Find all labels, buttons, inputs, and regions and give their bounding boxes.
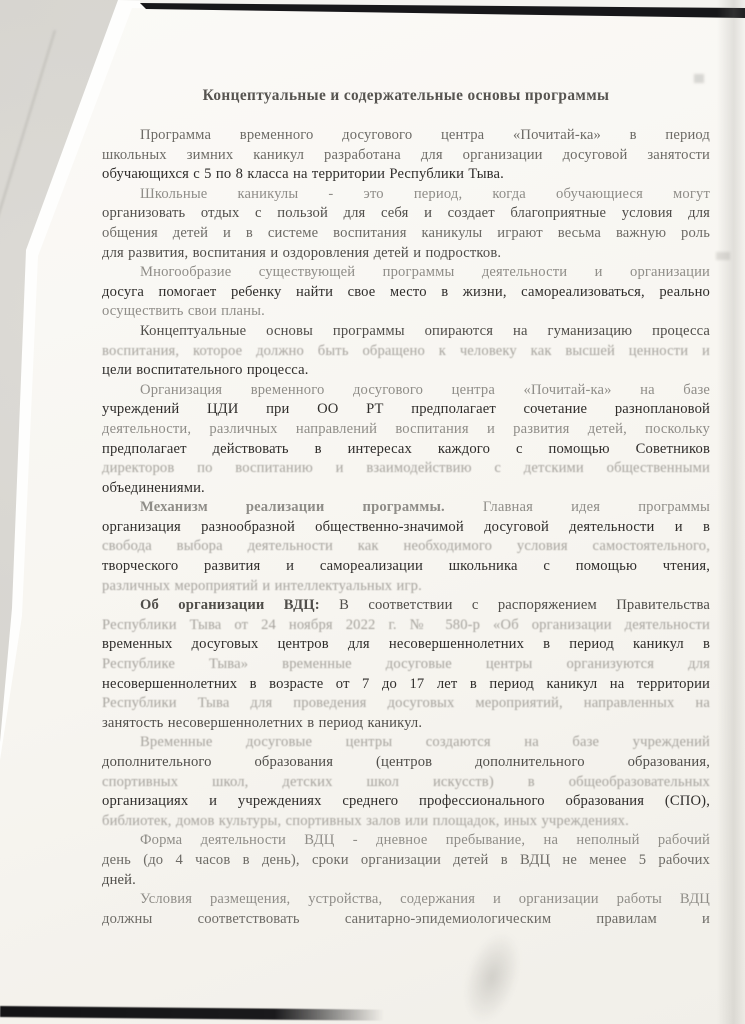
paragraph: Концептуальные основы программы опираютс… xyxy=(102,322,710,381)
text-line: дней. xyxy=(102,871,710,891)
text-line: организация разнообразной общественно-зн… xyxy=(102,518,710,538)
paragraph: Временные досуговые центры создаются на … xyxy=(102,733,710,831)
bold-run: Механизм реализации программы. xyxy=(140,499,445,515)
text-line: школьных зимних каникул разработана для … xyxy=(102,146,710,166)
text-line: занятость несовершеннолетних в период ка… xyxy=(102,714,710,734)
text-line: цели воспитательного процесса. xyxy=(102,361,710,381)
page-content: Концептуальные и содержательные основы п… xyxy=(102,86,710,929)
text-line: несовершеннолетних в возрасте от 7 до 17… xyxy=(102,675,710,695)
paragraph: Механизм реализации программы. Главная и… xyxy=(102,498,710,596)
paragraph: Многообразие существующей программы деят… xyxy=(102,263,710,322)
text-line: Многообразие существующей программы деят… xyxy=(102,263,710,283)
text-line: Механизм реализации программы. Главная и… xyxy=(102,498,710,518)
text-line: обучающихся с 5 по 8 класса на территори… xyxy=(102,165,710,185)
text-line: свобода выбора деятельности как необходи… xyxy=(102,537,710,557)
paragraph: Организация временного досугового центра… xyxy=(102,381,710,499)
text-line: досуга помогает ребенку найти свое место… xyxy=(102,283,710,303)
text-line: воспитания, которое должно быть обращено… xyxy=(102,342,710,362)
text-line: различных мероприятий и интеллектуальных… xyxy=(102,577,710,597)
text-line: Республике Тыва» временные досуговые цен… xyxy=(102,655,710,675)
scan-speck xyxy=(694,74,704,83)
text-line: Концептуальные основы программы опираютс… xyxy=(102,322,710,342)
text-line: учреждений ЦДИ при ОО РТ предполагает со… xyxy=(102,400,710,420)
document-title: Концептуальные и содержательные основы п… xyxy=(102,86,710,106)
text-line: директоров по воспитанию и взаимодействи… xyxy=(102,459,710,479)
text-line: Временные досуговые центры создаются на … xyxy=(102,733,710,753)
text-line: Организация временного досугового центра… xyxy=(102,381,710,401)
text-line: Школьные каникулы - это период, когда об… xyxy=(102,185,710,205)
text-line: деятельности, различных направлений восп… xyxy=(102,420,710,440)
text-line: осуществить свои планы. xyxy=(102,302,710,322)
text-line: Об организации ВДЦ: В соответствии с рас… xyxy=(102,596,710,616)
scanned-document: Концептуальные и содержательные основы п… xyxy=(0,0,745,1024)
text-line: спортивных школ, детских школ искусств) … xyxy=(102,773,710,793)
text-line: Условия размещения, устройства, содержан… xyxy=(102,890,710,910)
text-line: Форма деятельности ВДЦ - дневное пребыва… xyxy=(102,831,710,851)
text-line: для развития, воспитания и оздоровления … xyxy=(102,244,710,264)
text-line: библиотек, домов культуры, спортивных за… xyxy=(102,812,710,832)
text-line: организациях и учреждениях среднего проф… xyxy=(102,792,710,812)
paragraph: Программа временного досугового центра «… xyxy=(102,126,710,185)
text-line: дополнительного образования (центров доп… xyxy=(102,753,710,773)
text-line: временных досуговых центров для несоверш… xyxy=(102,635,710,655)
bold-run: Об организации ВДЦ: xyxy=(140,597,320,613)
text-line: объединениями. xyxy=(102,479,710,499)
text-line: день (до 4 часов в день), сроки организа… xyxy=(102,851,710,871)
text-line: предполагает действовать в интересах каж… xyxy=(102,440,710,460)
text-line: творческого развития и самореализации шк… xyxy=(102,557,710,577)
text-line: должны соответствовать санитарно-эпидеми… xyxy=(102,910,710,930)
text-line: организовать отдых с пользой для себя и … xyxy=(102,204,710,224)
paragraph: Школьные каникулы - это период, когда об… xyxy=(102,185,710,263)
scan-speck xyxy=(716,252,730,260)
text-line: Республики Тыва для проведения досуговых… xyxy=(102,694,710,714)
document-body: Программа временного досугового центра «… xyxy=(102,126,710,929)
text-line: Программа временного досугового центра «… xyxy=(102,126,710,146)
page-right-edge-shadow xyxy=(717,0,745,1024)
text-line: общения детей и в системе воспитания кан… xyxy=(102,224,710,244)
text-line: Республики Тыва от 24 ноября 2022 г. № 5… xyxy=(102,616,710,636)
paragraph: Об организации ВДЦ: В соответствии с рас… xyxy=(102,596,710,733)
paragraph: Форма деятельности ВДЦ - дневное пребыва… xyxy=(102,831,710,890)
paragraph: Условия размещения, устройства, содержан… xyxy=(102,890,710,929)
